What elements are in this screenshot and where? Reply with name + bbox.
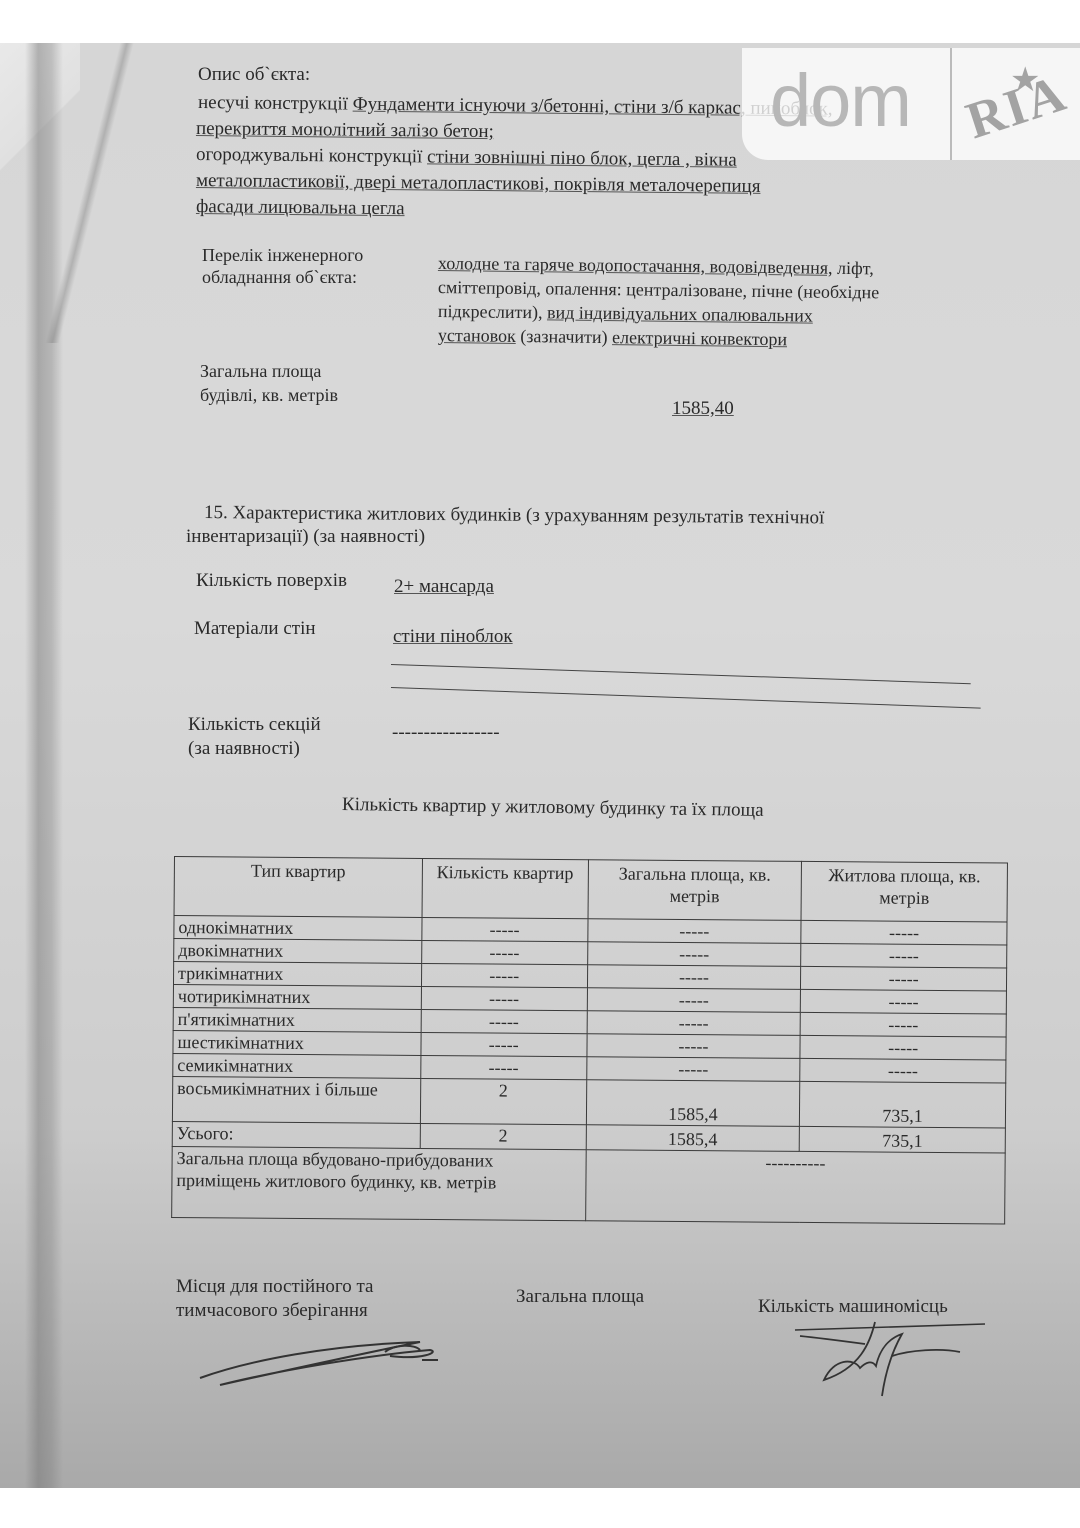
- load-bearing-label: несучі конструкції: [198, 92, 348, 115]
- cell-type: шестикімнатних: [173, 1030, 421, 1055]
- table-row: восьмикімнатних і більше21585,4735,1: [172, 1076, 1005, 1128]
- engineering-lift: ліфт,: [832, 258, 873, 279]
- cell-total: -----: [587, 1034, 801, 1059]
- cell-total: -----: [587, 965, 801, 990]
- cell-total: -----: [587, 1011, 801, 1036]
- sections-label-2: (за наявності): [188, 736, 300, 762]
- cell-type: двокімнатних: [174, 939, 422, 964]
- total-area: 1585,4: [586, 1125, 800, 1152]
- parking-count-label: Кількість машиномісць: [758, 1294, 948, 1320]
- cell-type: однокімнатних: [174, 916, 422, 941]
- cell-living: -----: [800, 1058, 1006, 1083]
- engineering-note: підкреслити),: [438, 301, 547, 322]
- engineering-heating-type: вид індивідуальних опалювальних: [547, 302, 813, 325]
- total-label: Усього:: [172, 1121, 420, 1148]
- enclosing-label: огороджувальні конструкції: [196, 144, 423, 167]
- cell-count: -----: [421, 1009, 587, 1033]
- cell-count: -----: [421, 1055, 587, 1079]
- cell-total: -----: [586, 1057, 800, 1082]
- cell-living: -----: [801, 920, 1007, 945]
- cell-total: -----: [587, 919, 801, 944]
- cell-type: п'ятикімнатних: [173, 1007, 421, 1032]
- load-bearing-value-cont: перекриття монолітний залізо бетон;: [196, 116, 494, 145]
- watermark-dom-logo: dom: [770, 56, 911, 146]
- total-count: 2: [420, 1123, 586, 1149]
- cell-type: трикімнатних: [173, 962, 421, 987]
- floors-label: Кількість поверхів: [196, 568, 347, 594]
- engineering-line-4: установок (зазначити) електричні конвект…: [438, 322, 787, 352]
- sections-label-1: Кількість секцій: [188, 712, 321, 738]
- enclosing-value: стіни зовнішні піно блок, цегла , вікна: [427, 146, 737, 170]
- watermark-divider: [950, 48, 952, 160]
- object-description-heading: Опис об`єкта:: [198, 62, 310, 88]
- header-living-area: Житлова площа, кв. метрів: [801, 861, 1007, 922]
- table-builtin-row: Загальна площа вбудовано-прибудованих пр…: [172, 1146, 1006, 1224]
- cell-total: -----: [587, 942, 801, 967]
- cell-living: -----: [801, 989, 1007, 1014]
- cell-count: -----: [421, 963, 587, 987]
- parking-places-label-1: Місця для постійного та: [176, 1274, 373, 1300]
- builtin-label: Загальна площа вбудовано-прибудованих пр…: [172, 1146, 586, 1220]
- cell-total: -----: [587, 988, 801, 1013]
- signature-left: [190, 1330, 450, 1390]
- cell-living: -----: [800, 1012, 1006, 1037]
- sections-value: -----------------: [392, 720, 500, 746]
- section15-title-cont: інвентаризації) (за наявності): [186, 524, 425, 550]
- cell-living: -----: [800, 1035, 1006, 1060]
- cell-count: -----: [421, 986, 587, 1010]
- engineering-label-2: обладнання об`єкта:: [202, 264, 357, 290]
- enclosing-value-cont-2: фасади лицювальна цегла: [196, 194, 405, 222]
- cell-living: 735,1: [800, 1081, 1006, 1128]
- header-type: Тип квартир: [174, 857, 422, 918]
- header-total-area: Загальна площа, кв. метрів: [588, 860, 802, 921]
- cell-type: чотирикімнатних: [173, 984, 421, 1009]
- cell-total: 1585,4: [586, 1080, 800, 1127]
- cell-living: -----: [801, 943, 1007, 968]
- total-area-value: 1585,40: [672, 396, 734, 422]
- cell-count: 2: [420, 1078, 586, 1124]
- cell-count: -----: [421, 1032, 587, 1056]
- engineering-specify: (зазначити): [516, 326, 613, 347]
- walls-value: стіни піноблок: [393, 624, 513, 650]
- paper-crease: [25, 43, 63, 1488]
- walls-label: Матеріали стін: [194, 616, 316, 642]
- builtin-value: ----------: [585, 1150, 1005, 1224]
- total-living: 735,1: [799, 1126, 1005, 1153]
- engineering-heating-value: електричні конвектори: [612, 327, 787, 349]
- cell-type: семикімнатних: [173, 1053, 421, 1078]
- parking-places-label-2: тимчасового зберігання: [176, 1298, 368, 1324]
- cell-type: восьмикімнатних і більше: [172, 1076, 420, 1123]
- floors-value: 2+ мансарда: [394, 574, 494, 600]
- cell-count: -----: [421, 940, 587, 964]
- cell-living: -----: [801, 966, 1007, 991]
- cell-count: -----: [422, 917, 588, 941]
- signature-right: [790, 1318, 990, 1398]
- header-count: Кількість квартир: [422, 858, 588, 918]
- total-area-label-1: Загальна площа: [200, 358, 321, 384]
- total-area-label-2: будівлі, кв. метрів: [200, 382, 338, 408]
- engineering-installations: установок: [438, 325, 516, 346]
- table-header-row: Тип квартир Кількість квартир Загальна п…: [174, 857, 1007, 923]
- apartments-table: Тип квартир Кількість квартир Загальна п…: [171, 856, 1008, 1225]
- parking-area-label: Загальна площа: [516, 1284, 644, 1310]
